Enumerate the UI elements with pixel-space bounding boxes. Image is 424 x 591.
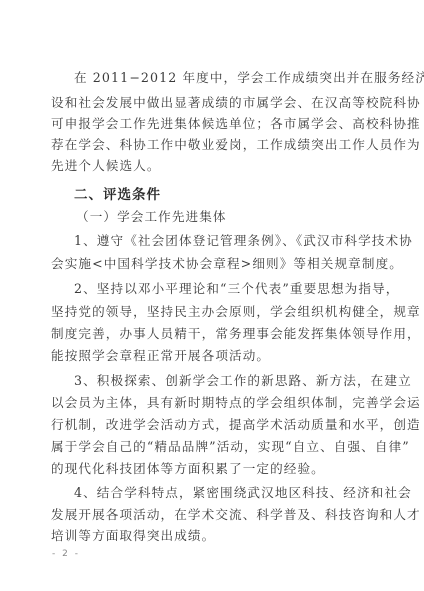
item-3-line: 的现代化科技团体等方面积累了一定的经验。 — [51, 461, 363, 477]
item-3-line: 3、积极探索、创新学会工作的新思路、新方法，在建立 — [74, 373, 364, 389]
item-4-line: 发展开展各项活动，在学术交流、科学普及、科技咨询和人才 — [51, 507, 363, 523]
item-4-line: 培训等方面取得突出成绩。 — [51, 528, 363, 544]
intro-line: 先进个人候选人。 — [51, 158, 363, 174]
document-page: 在 2011−2012 年度中，学会工作成绩突出并在服务经济建 设和社会发展中做… — [0, 0, 424, 591]
subsection-heading: （一）学会工作先进集体 — [76, 209, 388, 225]
intro-line: 在 2011−2012 年度中，学会工作成绩突出并在服务经济建 — [74, 70, 364, 86]
item-3-line: 行机制，改进学会活动方式，提高学术活动质量和水平，创造 — [51, 417, 363, 433]
item-4-line: 4、结合学科特点，紧密围绕武汉地区科技、经济和社会 — [74, 485, 364, 501]
item-2-line: 坚持党的领导，坚持民主办会原则，学会组织机构健全，规章 — [51, 304, 363, 320]
section-heading: 二、评选条件 — [74, 183, 161, 203]
intro-line: 荐在学会、科协工作中敬业爱岗，工作成绩突出工作人员作为 — [51, 137, 363, 153]
item-1-line: 会实施<中国科学技术协会章程>细则》等相关规章制度。 — [51, 256, 363, 272]
item-2-line: 制度完善，办事人员精干，常务理事会能发挥集体领导作用， — [51, 326, 363, 342]
intro-line: 设和社会发展中做出显著成绩的市属学会、在汉高等校院科协 — [51, 95, 363, 111]
intro-line: 可申报学会工作先进集体候选单位；各市属学会、高校科协推 — [51, 116, 363, 132]
item-3-line: 以会员为主体，具有新时期特点的学会组织体制，完善学会运 — [51, 395, 363, 411]
item-2-line: 能按照学会章程正常开展各项活动。 — [51, 348, 363, 364]
page-number: - 2 - — [52, 549, 80, 559]
item-1-line: 1、遵守《社会团体登记管理条例》、《武汉市科学技术协 — [74, 233, 364, 249]
item-2-line: 2、坚持以邓小平理论和“三个代表”重要思想为指导， — [74, 281, 364, 297]
item-3-line: 属于学会自己的“精品品牌”活动，实现“自立、自强、自律” — [51, 439, 363, 455]
